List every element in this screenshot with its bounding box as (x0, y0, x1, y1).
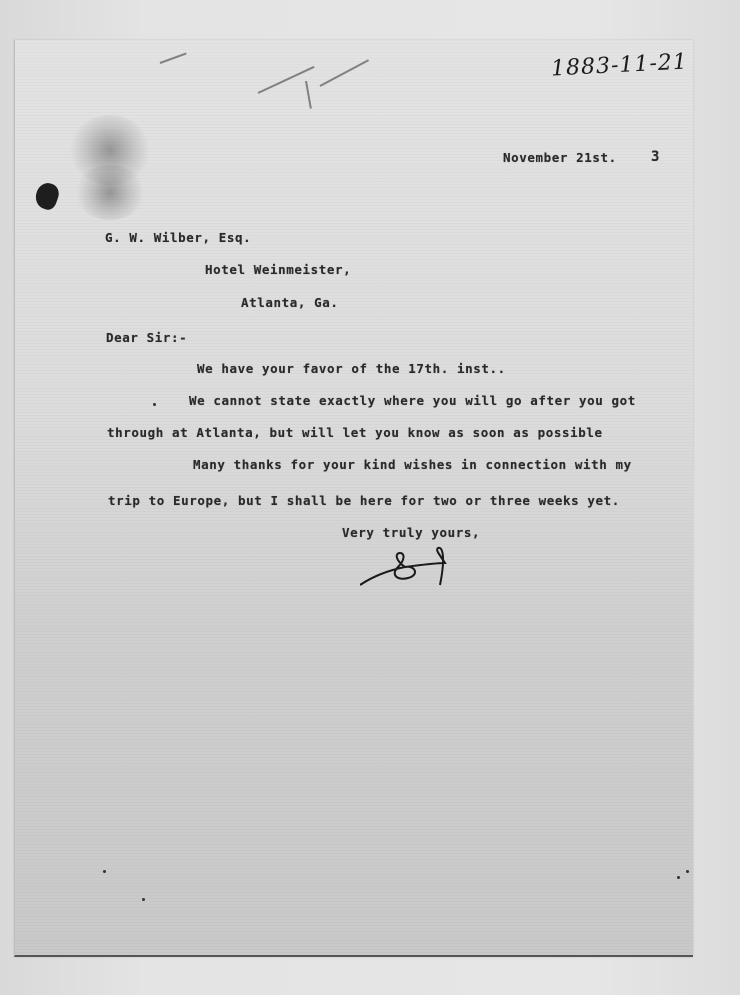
body-line: Many thanks for your kind wishes in conn… (193, 457, 632, 472)
signature-icon (360, 545, 460, 595)
ink-smudge (75, 165, 145, 220)
letter-date: November 21st. (503, 150, 617, 165)
body-line: trip to Europe, but I shall be here for … (108, 493, 620, 508)
recipient-name: G. W. Wilber, Esq. (105, 230, 251, 245)
closing: Very truly yours, (342, 525, 480, 540)
speck (686, 870, 689, 873)
speck (142, 898, 145, 901)
speck (153, 403, 156, 406)
page-number: 3 (651, 149, 660, 165)
body-line: through at Atlanta, but will let you kno… (107, 425, 603, 440)
speck (677, 876, 680, 879)
salutation: Dear Sir:- (106, 330, 187, 345)
body-line: We cannot state exactly where you will g… (189, 393, 636, 408)
recipient-address-line2: Atlanta, Ga. (241, 295, 339, 310)
speck (103, 870, 106, 873)
body-line: We have your favor of the 17th. inst.. (197, 361, 506, 376)
recipient-address-line1: Hotel Weinmeister, (205, 262, 351, 277)
